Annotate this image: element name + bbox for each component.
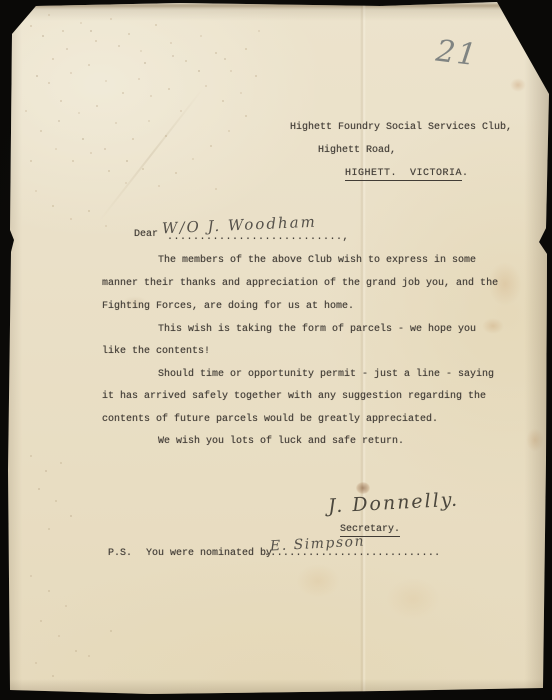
photo-background: 21 Highett Foundry Social Services Club,… bbox=[0, 0, 552, 700]
letterhead-city-underlined: HIGHETT. VICTORIA bbox=[345, 168, 462, 181]
fold-crease-horizontal-top bbox=[0, 0, 552, 8]
salutation-label: Dear bbox=[134, 229, 158, 241]
age-stain bbox=[526, 428, 544, 452]
postscript-text: You were nominated by bbox=[146, 548, 272, 560]
body-line: The members of the above Club wish to ex… bbox=[158, 255, 476, 267]
paper-edge-shading bbox=[0, 0, 552, 700]
handwritten-signature: J. Donnelly. bbox=[328, 489, 460, 518]
foxing-speckles bbox=[0, 0, 2, 2]
body-line: Fighting Forces, are doing for us at hom… bbox=[102, 301, 354, 313]
body-line: This wish is taking the form of parcels … bbox=[158, 324, 476, 336]
pencil-page-number: 21 bbox=[434, 34, 480, 74]
ink-blemish bbox=[356, 482, 370, 494]
letterhead-club-name: Highett Foundry Social Services Club, bbox=[290, 122, 512, 134]
body-line: contents of future parcels would be grea… bbox=[102, 414, 438, 426]
letterhead-street: Highett Road, bbox=[318, 145, 396, 157]
age-stain bbox=[482, 318, 504, 334]
body-line: it has arrived safely together with any … bbox=[102, 391, 486, 403]
letter-page: 21 Highett Foundry Social Services Club,… bbox=[0, 0, 552, 700]
fold-crease-vertical bbox=[360, 0, 366, 700]
body-line: We wish you lots of luck and safe return… bbox=[158, 436, 404, 448]
age-stain bbox=[510, 78, 526, 92]
fold-crease-diagonal bbox=[98, 87, 204, 222]
letterhead-city: HIGHETT. VICTORIA. bbox=[345, 168, 469, 180]
fold-crease-horizontal-bottom bbox=[0, 0, 552, 10]
age-stain bbox=[386, 578, 440, 620]
postscript-label: P.S. bbox=[108, 548, 132, 560]
body-line: Should time or opportunity permit - just… bbox=[158, 369, 494, 381]
age-stain bbox=[296, 564, 340, 598]
foxing-speckles bbox=[0, 0, 2, 2]
body-line: like the contents! bbox=[102, 346, 210, 358]
letterhead-city-period: . bbox=[462, 168, 469, 179]
body-line: manner their thanks and appreciation of … bbox=[102, 278, 498, 290]
